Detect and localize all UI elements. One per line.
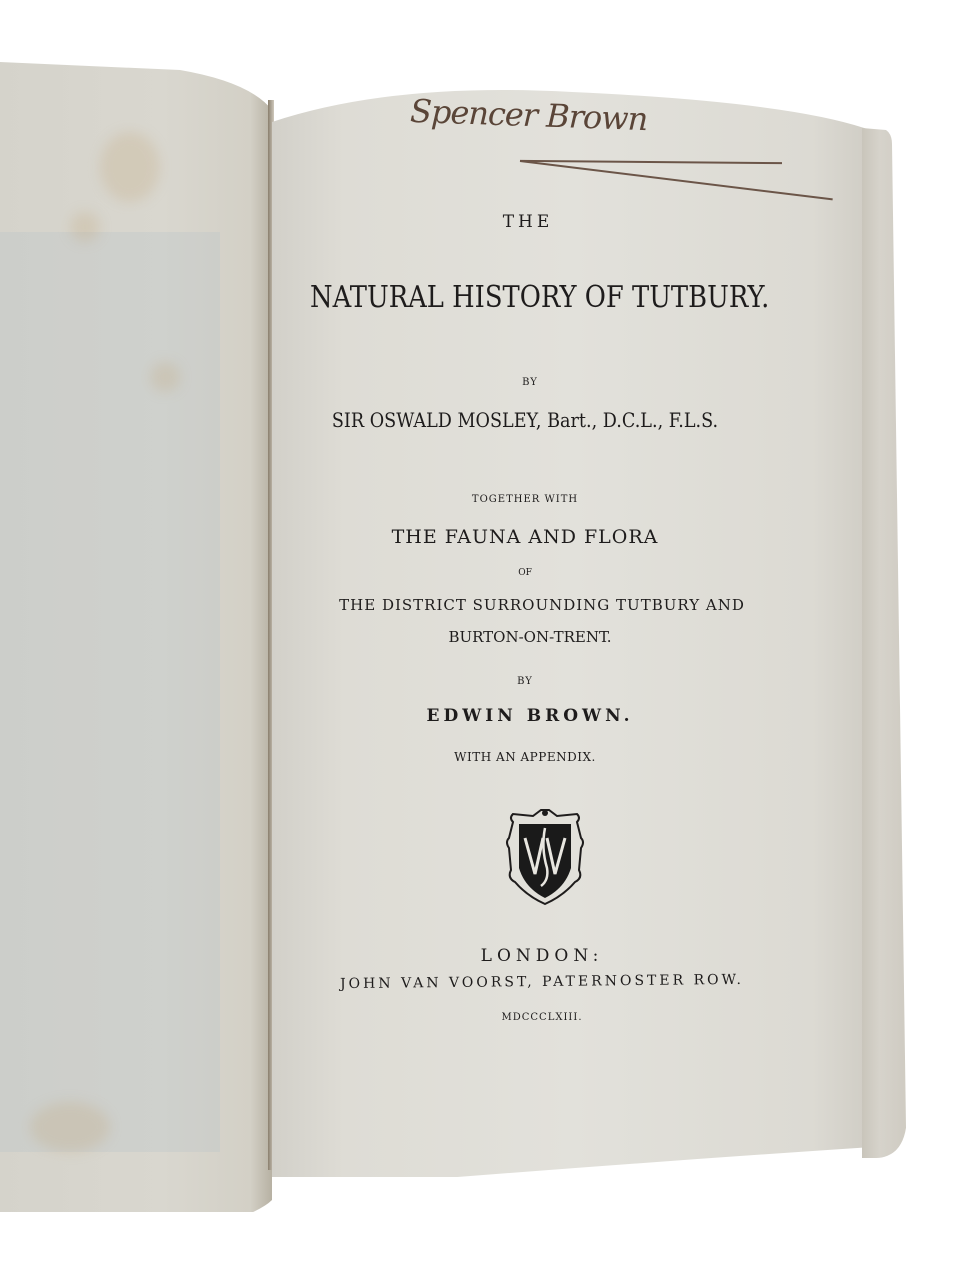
foxing-stain	[30, 1102, 110, 1152]
title-article: THE	[278, 212, 778, 232]
by-label-2: BY	[275, 676, 775, 687]
publication-place: LONDON:	[292, 946, 792, 966]
author-primary: SIR OSWALD MOSLEY, Bart., D.C.L., F.L.S.	[305, 408, 745, 432]
district-line-1: THE DISTRICT SURROUNDING TUTBURY AND	[292, 596, 792, 614]
left-page-plate-tint	[0, 232, 220, 1152]
of-label: OF	[275, 568, 775, 578]
district-line-2: BURTON-ON-TRENT.	[280, 628, 780, 646]
left-page-blank	[0, 62, 272, 1212]
foxing-stain	[70, 212, 100, 242]
publication-year: MDCCCLXIII.	[292, 1012, 792, 1023]
publisher-shield-emblem-icon	[503, 808, 587, 908]
book-title: NATURAL HISTORY OF TUTBURY.	[310, 280, 740, 315]
together-with-label: TOGETHER WITH	[275, 494, 775, 505]
open-book: Spencer Brown THE NATURAL HISTORY OF TUT…	[0, 0, 960, 1280]
foxing-stain	[150, 362, 180, 392]
book-subtitle: THE FAUNA AND FLORA	[275, 526, 775, 548]
page-block-edge	[862, 128, 906, 1158]
by-label: BY	[280, 377, 780, 388]
author-secondary: EDWIN BROWN.	[280, 706, 780, 726]
foxing-stain	[100, 132, 160, 202]
appendix-note: WITH AN APPENDIX.	[275, 750, 775, 764]
